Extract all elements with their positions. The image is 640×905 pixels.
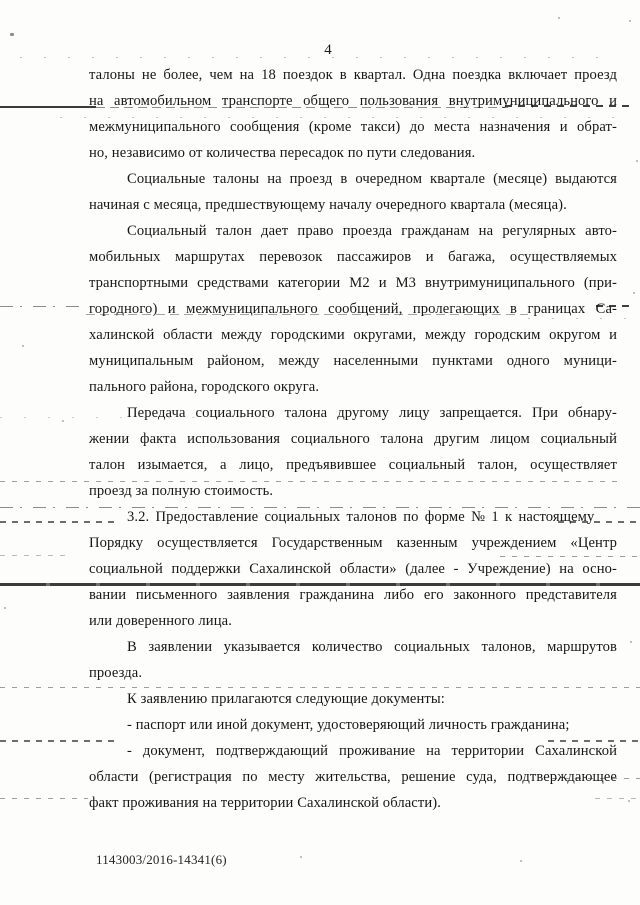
scan-artifact-line xyxy=(0,106,96,108)
text-line: К заявлению прилагаются следующие докуме… xyxy=(89,686,617,712)
page-number: 4 xyxy=(0,42,640,59)
scan-speckle xyxy=(628,800,630,802)
document-text-block: талоны не более, чем на 18 поездок в ква… xyxy=(89,62,617,816)
text-line: но, независимо от количества пересадок п… xyxy=(89,140,617,166)
text-line: проезд за полную стоимость. xyxy=(89,478,617,504)
scan-speckle xyxy=(558,17,560,19)
text-line: или доверенного лица. xyxy=(89,608,617,634)
text-line: 3.2. Предоставление социальных талонов п… xyxy=(89,504,617,530)
text-line: мобильных маршрутах перевозок пассажиров… xyxy=(89,244,617,270)
text-line: талоны не более, чем на 18 поездок в ква… xyxy=(89,62,617,88)
text-line: Порядку осуществляется Государственным к… xyxy=(89,530,617,556)
paragraph: В заявлении указывается количество социа… xyxy=(89,634,617,686)
text-line: - документ, подтверждающий проживание на… xyxy=(89,738,617,764)
scan-speckle xyxy=(629,20,631,22)
paragraph: 3.2. Предоставление социальных талонов п… xyxy=(89,504,617,634)
text-line: факт проживания на территории Сахалинско… xyxy=(89,790,617,816)
scan-artifact-line xyxy=(0,306,86,307)
paragraph: - паспорт или иной документ, удостоверяю… xyxy=(89,712,617,738)
footer-document-code: 1143003/2016-14341(6) xyxy=(96,852,227,868)
scan-speckle xyxy=(62,420,64,422)
scanned-document-page: 4 талоны не более, чем на 18 поездок в к… xyxy=(0,0,640,905)
text-line: Социальный талон дает право проезда граж… xyxy=(89,218,617,244)
text-line: В заявлении указывается количество социа… xyxy=(89,634,617,660)
text-line: области (регистрация по месту жительства… xyxy=(89,764,617,790)
text-line: жении факта использования социального та… xyxy=(89,426,617,452)
text-line: муниципальным районом, между населенными… xyxy=(89,348,617,374)
paragraph: Социальные талоны на проезд в очередном … xyxy=(89,166,617,218)
text-line: пального района, городского округа. xyxy=(89,374,617,400)
paragraph: Передача социального талона другому лицу… xyxy=(89,400,617,504)
scan-speckle xyxy=(10,33,14,36)
paragraph: - документ, подтверждающий проживание на… xyxy=(89,738,617,816)
scan-speckle xyxy=(22,345,24,347)
scan-artifact-line xyxy=(0,798,88,799)
text-line: Передача социального талона другому лицу… xyxy=(89,400,617,426)
text-line: социальной поддержки Сахалинской области… xyxy=(89,556,617,582)
paragraph: К заявлению прилагаются следующие докуме… xyxy=(89,686,617,712)
text-line: городного) и межмуниципального сообщений… xyxy=(89,296,617,322)
text-line: проезда. xyxy=(89,660,617,686)
scan-speckle xyxy=(520,860,522,862)
scan-speckle xyxy=(636,160,638,162)
scan-speckle xyxy=(300,856,302,858)
text-line: талон изымается, а лицо, предъявившее со… xyxy=(89,452,617,478)
scan-artifact-line xyxy=(0,555,70,556)
text-line: халинской области между городскими округ… xyxy=(89,322,617,348)
text-line: на автомобильном транспорте общего польз… xyxy=(89,88,617,114)
paragraph: талоны не более, чем на 18 поездок в ква… xyxy=(89,62,617,166)
text-line: транспортными средствами категории М2 и … xyxy=(89,270,617,296)
text-line: начиная с месяца, предшествующему началу… xyxy=(89,192,617,218)
paragraph: Социальный талон дает право проезда граж… xyxy=(89,218,617,400)
text-line: вании письменного заявления гражданина л… xyxy=(89,582,617,608)
scan-speckle xyxy=(633,292,635,294)
text-line: Социальные талоны на проезд в очередном … xyxy=(89,166,617,192)
scan-speckle xyxy=(630,641,632,643)
text-line: межмуниципального сообщения (кроме такси… xyxy=(89,114,617,140)
scan-speckle xyxy=(4,607,6,609)
text-line: - паспорт или иной документ, удостоверяю… xyxy=(89,712,617,738)
